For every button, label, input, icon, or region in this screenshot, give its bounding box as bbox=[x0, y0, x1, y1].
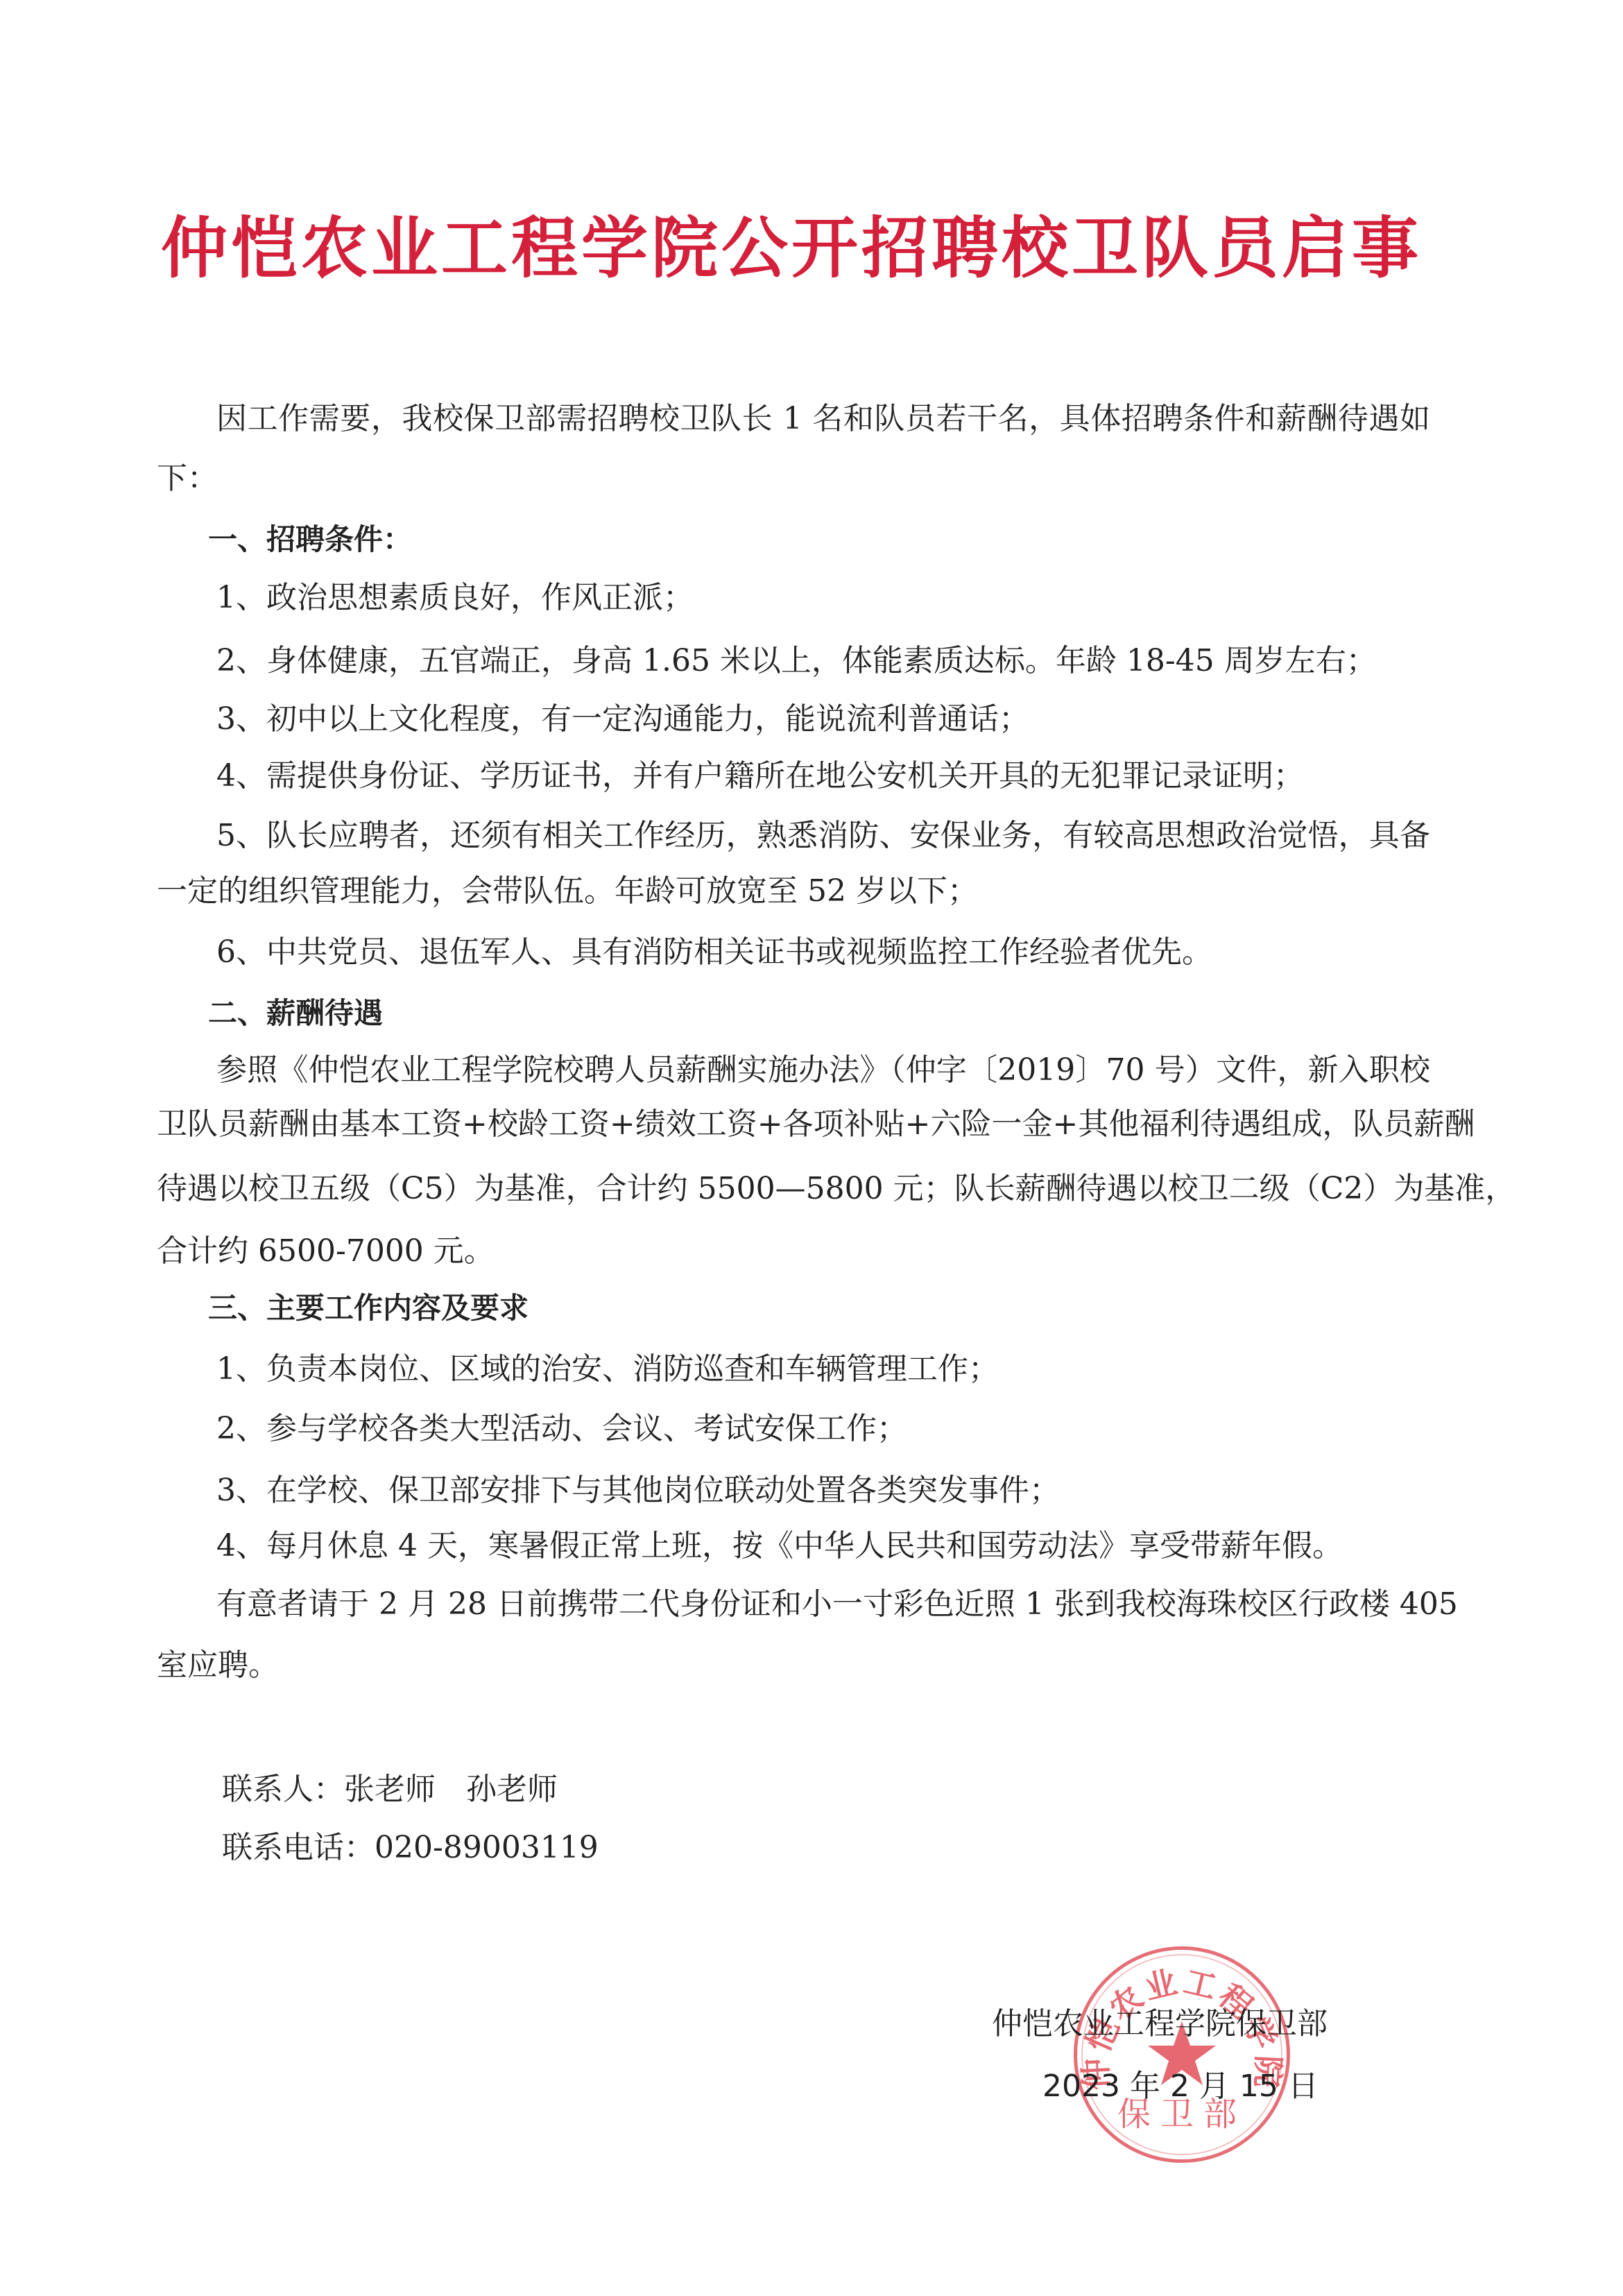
contact-persons: 联系人：张老师 孙老师 bbox=[222, 1769, 558, 1810]
document-title: 仲恺农业工程学院公开招聘校卫队员启事 bbox=[161, 208, 1418, 289]
official-seal-stamp: 仲恺农业工程学院 保卫部 bbox=[1074, 1946, 1290, 2163]
seal-graphic: 仲恺农业工程学院 保卫部 bbox=[1074, 1946, 1290, 2163]
contact-phone: 联系电话：020-89003119 bbox=[222, 1827, 599, 1869]
closing-line-1: 有意者请于 2 月 28 日前携带二代身份证和小一寸彩色近照 1 张到我校海珠校… bbox=[216, 1584, 1430, 1625]
section-2-heading: 二、薪酬待遇 bbox=[208, 993, 383, 1034]
intro-line-2: 下： bbox=[157, 458, 218, 499]
requirement-item-6: 6、中共党员、退伍军人、具有消防相关证书或视频监控工作经验者优先。 bbox=[216, 932, 1212, 973]
requirement-item-5: 5、队长应聘者，还须有相关工作经历，熟悉消防、安保业务，有较高思想政治觉悟，具备 bbox=[216, 815, 1430, 857]
salary-line-3: 待遇以校卫五级（C5）为基准，合计约 5500—5800 元；队长薪酬待遇以校卫… bbox=[157, 1168, 1430, 1210]
document-page: 仲恺农业工程学院公开招聘校卫队员启事 因工作需要，我校保卫部需招聘校卫队长 1 … bbox=[0, 0, 1623, 2296]
closing-line-2: 室应聘。 bbox=[157, 1645, 279, 1686]
signature-date: 2023 年 2 月 15 日 bbox=[1042, 2066, 1319, 2107]
requirement-item-2: 2、身体健康，五官端正，身高 1.65 米以上，体能素质达标。年龄 18-45 … bbox=[216, 640, 1377, 682]
salary-line-2: 卫队员薪酬由基本工资+校龄工资+绩效工资+各项补贴+六险一金+其他福利待遇组成，… bbox=[157, 1104, 1430, 1145]
section-3-heading: 三、主要工作内容及要求 bbox=[208, 1287, 529, 1329]
requirement-item-3: 3、初中以上文化程度，有一定沟通能力，能说流利普通话； bbox=[216, 699, 1029, 740]
duty-item-1: 1、负责本岗位、区域的治安、消防巡查和车辆管理工作； bbox=[216, 1348, 999, 1390]
duty-item-4: 4、每月休息 4 天，寒暑假正常上班，按《中华人民共和国劳动法》享受带薪年假。 bbox=[216, 1525, 1343, 1567]
duty-item-3: 3、在学校、保卫部安排下与其他岗位联动处置各类突发事件； bbox=[216, 1470, 1060, 1511]
intro-line-1: 因工作需要，我校保卫部需招聘校卫队长 1 名和队员若干名，具体招聘条件和薪酬待遇… bbox=[216, 398, 1430, 440]
requirement-item-4: 4、需提供身份证、学历证书，并有户籍所在地公安机关开具的无犯罪记录证明； bbox=[216, 755, 1304, 797]
duty-item-2: 2、参与学校各类大型活动、会议、考试安保工作； bbox=[216, 1408, 907, 1450]
salary-line-4: 合计约 6500-7000 元。 bbox=[157, 1231, 495, 1272]
signature-department: 仲恺农业工程学院保卫部 bbox=[992, 2003, 1328, 2045]
salary-line-1: 参照《仲恺农业工程学院校聘人员薪酬实施办法》（仲字〔2019〕70 号）文件，新… bbox=[216, 1050, 1430, 1091]
requirement-item-5-cont: 一定的组织管理能力，会带队伍。年龄可放宽至 52 岁以下； bbox=[157, 871, 978, 912]
requirement-item-1: 1、政治思想素质良好，作风正派； bbox=[216, 577, 694, 619]
section-1-heading: 一、招聘条件： bbox=[208, 519, 412, 560]
